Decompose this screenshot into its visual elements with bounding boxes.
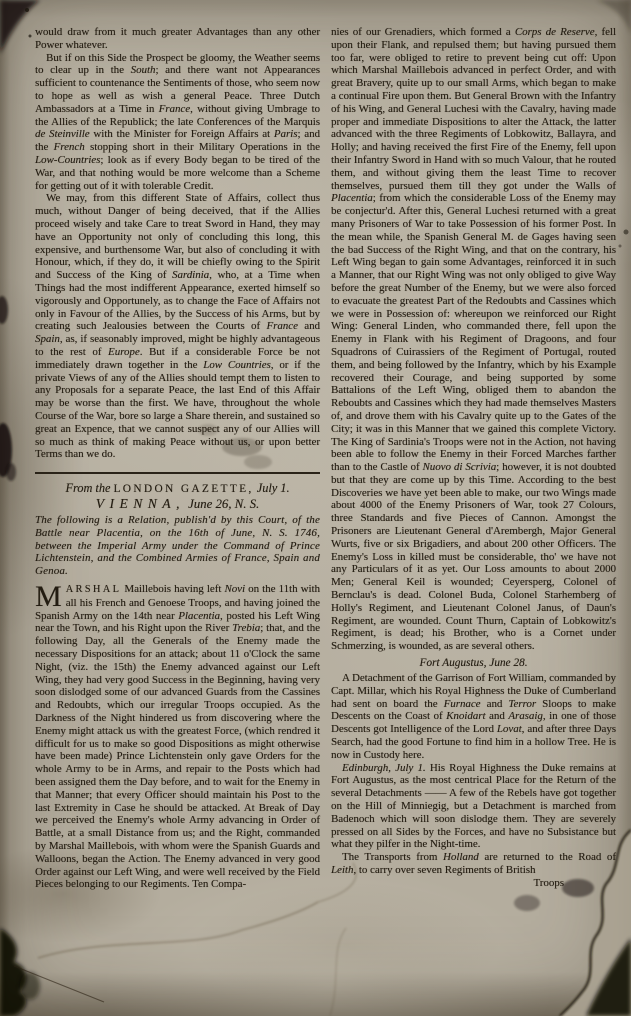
lead-word: ARSHAL: [66, 584, 122, 595]
dateline-date: June 26, N. S.: [185, 497, 259, 511]
stain-bottom-left-halo: [20, 972, 40, 1000]
paragraph-prospect: But if on this Side the Prospect be gloo…: [35, 52, 320, 193]
newspaper-page: would draw from it much greater Advantag…: [0, 0, 631, 1016]
page-columns: would draw from it much greater Advantag…: [0, 0, 631, 891]
paragraph-battle-relation: MARSHAL Maillebois having left Novi on t…: [35, 583, 320, 891]
drop-cap: M: [35, 583, 66, 608]
paragraph-state-of-affairs: We may, from this different State of Aff…: [35, 192, 320, 461]
gazette-heading: From the LONDON GAZETTE, July 1.: [35, 481, 320, 496]
fort-augustus-heading: Fort Augustus, June 28.: [331, 656, 616, 670]
section-rule: [35, 472, 320, 474]
ink-smudge: [514, 895, 540, 911]
gazette-heading-title: LONDON GAZETTE,: [114, 483, 254, 495]
crease-line: [38, 902, 318, 958]
paragraph-transports: The Transports from Holland are returned…: [331, 851, 616, 877]
paragraph-edinburgh: Edinburgh, July 1. His Royal Highness th…: [331, 762, 616, 852]
right-column: nies of our Grenadiers, which formed a C…: [331, 26, 616, 891]
dateline-city: VIENNA,: [96, 496, 185, 511]
paragraph-fort-william: A Detachment of the Garrison of Fort Wil…: [331, 672, 616, 762]
gazette-heading-prefix: From the: [65, 481, 113, 495]
paragraph-continuation: would draw from it much greater Advantag…: [35, 26, 320, 52]
catchword: Troops: [331, 877, 616, 890]
dateline-heading: VIENNA, June 26, N. S.: [35, 497, 320, 511]
gazette-heading-date: July 1.: [254, 481, 290, 495]
editorial-note: The following is a Relation, publish'd b…: [35, 514, 320, 578]
left-column: would draw from it much greater Advantag…: [35, 26, 320, 891]
stain-bottom-left: [0, 928, 26, 1016]
scratch-line: [14, 966, 104, 1002]
battle-relation-text: Maillebois having left Novi on the 11th …: [35, 583, 320, 890]
corner-shadow-bottom-right: [586, 938, 631, 1016]
paragraph-battle-continuation: nies of our Grenadiers, which formed a C…: [331, 26, 616, 653]
crease-line: [330, 928, 346, 1016]
